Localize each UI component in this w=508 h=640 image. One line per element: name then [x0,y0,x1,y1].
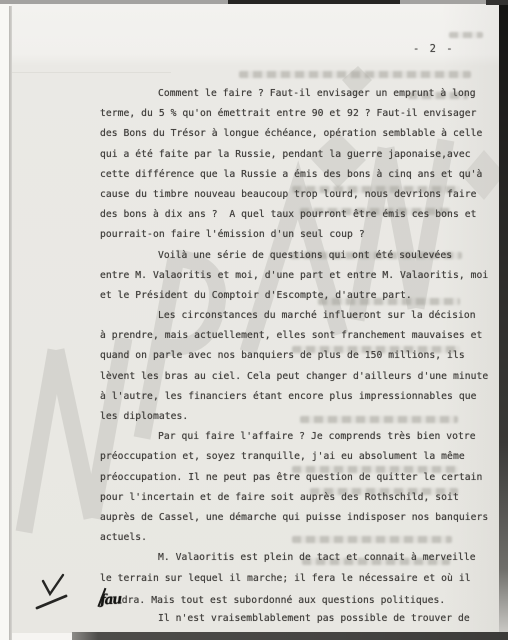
typed-line: pourrait-on faire l'émission d'un seul c… [100,225,500,245]
bleedthrough-text [239,71,471,78]
typed-line: des Bons du Trésor à longue échéance, op… [100,124,500,144]
document-scan: - 2 - Comment le faire ? Faut-il envisag… [0,0,508,640]
typed-line: des bons à dix ans ? A quel taux pourron… [100,205,500,225]
typed-line: préoccupation et, soyez tranquille, j'ai… [100,447,500,467]
typed-line: le terrain sur lequel il marche; il fera… [100,569,500,589]
typed-line: pour l'incertain et de faire soit auprès… [100,488,500,508]
typed-line: Les circonstances du marché influeront s… [100,306,500,326]
typed-line: à l'autre, les financiers étant encore p… [100,387,500,407]
typed-line-with-correction: faudra. Mais tout est subordonné aux que… [100,589,500,609]
scanner-edge-top-dark-right [486,0,508,5]
typed-line-rest: dra. Mais tout est subordonné aux questi… [122,595,446,606]
typed-line: préoccupation. Il ne peut pas être quest… [100,468,500,488]
typed-line: Voilà une série de questions qui ont été… [100,246,500,266]
bleedthrough-text [449,32,483,38]
typed-line: et le Président du Comptoir d'Escompte, … [100,286,500,306]
scanner-edge-top-dark [228,0,400,4]
typed-line: cette différence que la Russie a émis de… [100,165,500,185]
typed-line: Comment le faire ? Faut-il envisager un … [100,84,500,104]
typed-line: Il n'est vraisemblablement pas possible … [100,609,500,629]
typed-line: qui a été faite par la Russie, pendant l… [100,145,500,165]
checkmark-annotation-icon [32,572,76,614]
page-number: - 2 - [413,43,455,55]
typed-line: entre M. Valaoritis et moi, d'une part e… [100,266,500,286]
handwritten-overwrite: fau [100,589,122,610]
typed-line: les diplomates. [100,407,500,427]
typed-line: cause du timbre nouveau beaucoup trop lo… [100,185,500,205]
typed-line: Par qui faire l'affaire ? Je comprends t… [100,427,500,447]
scan-shadow-right [499,0,508,632]
typed-line: à prendre, mais actuellement, elles sont… [100,326,500,346]
typed-line: lèvent les bras au ciel. Cela peut chang… [100,367,500,387]
typed-text-block: Comment le faire ? Faut-il envisager un … [100,84,500,629]
typed-line: quand on parle avec nos banquiers de plu… [100,346,500,366]
typed-line: actuels. [100,528,500,548]
typed-line: M. Valaoritis est plein de tact et conna… [100,548,500,568]
typed-line: terme, du 5 % qu'on émettrait entre 90 e… [100,104,500,124]
scan-shadow-bottom [72,632,508,640]
paper-edge-left [9,6,12,640]
typed-line: auprès de Cassel, une démarche qui puiss… [100,508,500,528]
